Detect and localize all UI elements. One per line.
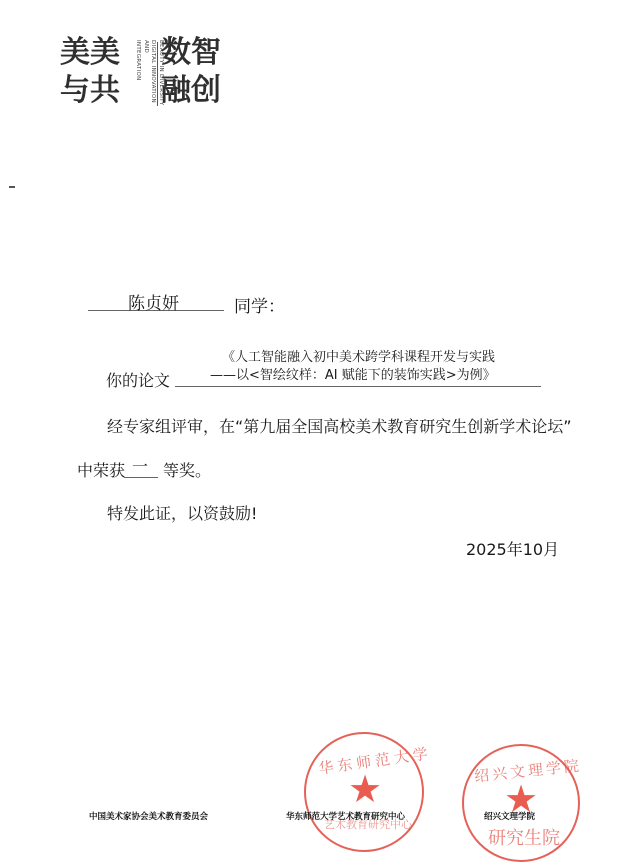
recipient-suffix: 同学： [234,292,285,317]
paper-title-line1: 《人工智能融入初中美术跨学科课程开发与实践 [222,346,495,365]
logo-english-line: INTEGRATION [134,40,141,108]
stamp-ecnu: 华东师范大学 ★ 艺术教育研究中心 [304,732,424,852]
closing-text: 特发此证，以资鼓励! [107,501,257,524]
logo-english: BEAUTY IN DIVERSITY DIGITAL INNOVATION A… [134,40,164,108]
stamp-usx: 绍兴文理学院 ★ 研究生院 [462,744,580,862]
scan-mark [9,186,15,188]
award-level: 一 [132,454,148,477]
award-prefix: 中荣获 [77,458,125,481]
logo-left-bottom: 与共 [60,74,120,108]
review-text: 经专家组评审，在“第九届全国高校美术教育研究生创新学术论坛” [107,414,572,437]
signatory-2: 华东师范大学艺术教育研究中心 [286,810,405,822]
logo-right-bottom: 融创 [161,74,221,108]
star-icon: ★ [348,770,382,808]
recipient-name: 陈贞妍 [128,289,179,314]
signatory-3: 绍兴文理学院 [484,810,535,822]
logo-divider [157,42,158,106]
stamp-usx-bottom: 研究生院 [488,824,560,850]
logo-english-line: DIGITAL INNOVATION AND [142,40,156,108]
logo-right-top: 数智 [161,36,221,70]
paper-title-line2: ——以<智绘纹样：AI 赋能下的装饰实践>为例》 [210,364,496,383]
paper-label: 你的论文 [106,368,170,391]
award-suffix: 等奖。 [163,458,211,481]
logo-left-top: 美美 [60,36,120,70]
signatory-1: 中国美术家协会美术教育委员会 [89,810,208,822]
issue-date: 2025年10月 [466,537,559,560]
logo: 美美 与共 BEAUTY IN DIVERSITY DIGITAL INNOVA… [60,36,230,112]
